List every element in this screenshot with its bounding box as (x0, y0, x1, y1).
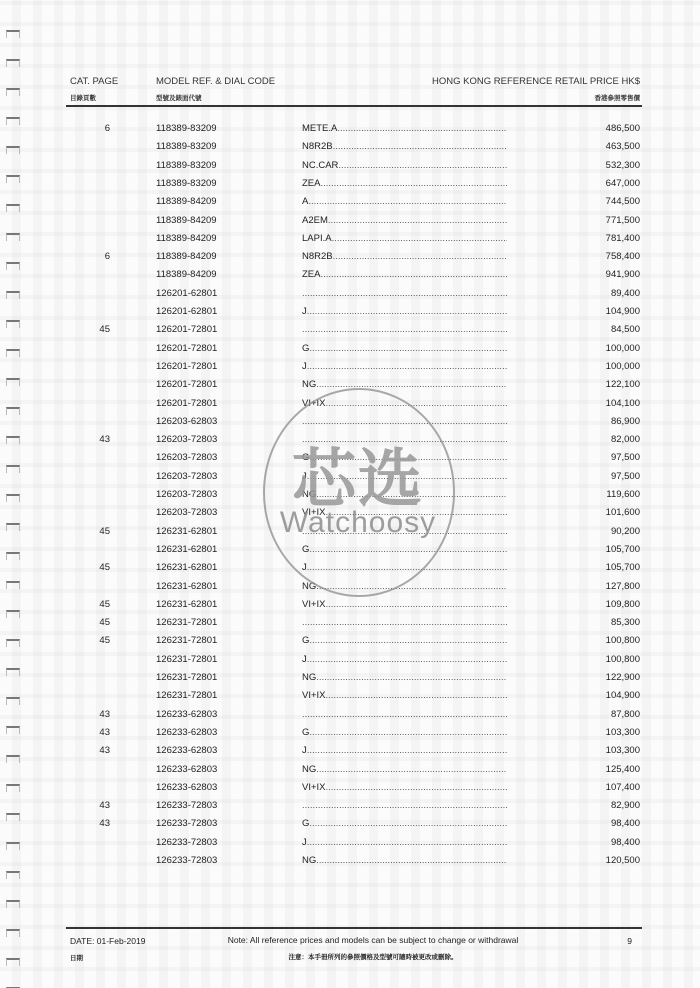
table-row: 118389-84209ZEA.........................… (0, 269, 700, 287)
model-ref-cell: 118389-83209 (156, 141, 217, 152)
model-ref-cell: 126203-72803 (156, 507, 217, 518)
price-cell: 463,500 (560, 141, 640, 152)
table-row: 6118389-84209N8R2B......................… (0, 251, 700, 269)
table-row: 45126231-72801G.........................… (0, 635, 700, 653)
table-row: 45126201-72801..........................… (0, 324, 700, 342)
price-cell: 122,100 (560, 379, 640, 390)
dial-code-cell: ........................................… (302, 526, 507, 537)
cat-page-cell: 43 (70, 727, 110, 738)
table-row: 126203-72803VI+IX.......................… (0, 507, 700, 525)
table-row: 126233-62803NG..........................… (0, 764, 700, 782)
price-cell: 104,100 (560, 398, 640, 409)
dial-code-label: A2EM (302, 215, 328, 226)
price-cell: 97,500 (560, 452, 640, 463)
table-row: 43126203-72803..........................… (0, 434, 700, 452)
leader-dots: ........................................… (328, 215, 507, 226)
dial-code-cell: J.......................................… (302, 654, 507, 665)
dial-code-cell: J.......................................… (302, 837, 507, 848)
leader-dots: ........................................… (316, 379, 507, 390)
table-row: 126233-72803NG..........................… (0, 855, 700, 873)
leader-dots: ........................................… (320, 178, 507, 189)
dial-code-cell: J.......................................… (302, 562, 507, 573)
dial-code-cell: NG......................................… (302, 489, 507, 500)
model-ref-cell: 118389-84209 (156, 215, 217, 226)
price-cell: 941,900 (560, 269, 640, 280)
dial-code-label: NG (302, 855, 316, 866)
leader-dots: ........................................… (316, 672, 507, 683)
binder-mark (6, 88, 20, 96)
leader-dots: ........................................… (302, 617, 507, 628)
table-row: 126233-62803VI+IX.......................… (0, 782, 700, 800)
price-cell: 103,300 (560, 727, 640, 738)
price-cell: 781,400 (560, 233, 640, 244)
model-ref-cell: 126231-62801 (156, 544, 217, 555)
model-ref-cell: 126231-62801 (156, 526, 217, 537)
price-cell: 105,700 (560, 562, 640, 573)
dial-code-label: VI+IX (302, 398, 326, 409)
leader-dots: ........................................… (307, 361, 507, 372)
table-row: 45126231-72801..........................… (0, 617, 700, 635)
binder-mark (6, 929, 20, 937)
model-ref-cell: 118389-83209 (156, 178, 217, 189)
dial-code-label: VI+IX (302, 599, 326, 610)
dial-code-label: NG (302, 489, 316, 500)
price-header-cn: 香港參照零售價 (595, 93, 641, 102)
price-cell: 109,800 (560, 599, 640, 610)
binder-mark (6, 900, 20, 908)
model-ref-cell: 126231-72801 (156, 617, 217, 628)
cat-page-cell: 45 (70, 526, 110, 537)
price-cell: 98,400 (560, 837, 640, 848)
dial-code-cell: METE.A..................................… (302, 123, 507, 134)
dial-code-cell: ........................................… (302, 434, 507, 445)
table-row: 43126233-62803G.........................… (0, 727, 700, 745)
leader-dots: ........................................… (320, 269, 507, 280)
dial-code-cell: G.......................................… (302, 818, 507, 829)
model-ref-cell: 118389-83209 (156, 160, 217, 171)
model-ref-cell: 126233-72803 (156, 837, 217, 848)
leader-dots: ........................................… (309, 727, 507, 738)
price-cell: 104,900 (560, 306, 640, 317)
table-row: 126201-62801............................… (0, 288, 700, 306)
model-ref-cell: 126203-72803 (156, 471, 217, 482)
binder-mark (6, 59, 20, 67)
price-cell: 84,500 (560, 324, 640, 335)
table-row: 126203-72803NG..........................… (0, 489, 700, 507)
price-cell: 758,400 (560, 251, 640, 262)
cat-page-cell: 6 (70, 123, 110, 134)
dial-code-label: LAPI.A (302, 233, 332, 244)
dial-code-cell: ........................................… (302, 709, 507, 720)
table-row: 126231-62801G...........................… (0, 544, 700, 562)
leader-dots: ........................................… (307, 654, 507, 665)
model-ref-cell: 126201-62801 (156, 288, 217, 299)
dial-code-cell: J.......................................… (302, 361, 507, 372)
leader-dots: ........................................… (309, 818, 507, 829)
dial-code-cell: ........................................… (302, 800, 507, 811)
dial-code-cell: N8R2B...................................… (302, 141, 507, 152)
price-cell: 104,900 (560, 690, 640, 701)
leader-dots: ........................................… (302, 416, 507, 427)
dial-code-cell: ZEA.....................................… (302, 178, 507, 189)
table-row: 43126233-72803G.........................… (0, 818, 700, 836)
table-row: 118389-84209A2EM........................… (0, 215, 700, 233)
leader-dots: ........................................… (338, 160, 507, 171)
table-row: 126201-62801J...........................… (0, 306, 700, 324)
model-ref-cell: 126233-62803 (156, 709, 217, 720)
dial-code-cell: G.......................................… (302, 544, 507, 555)
dial-code-cell: VI+IX...................................… (302, 398, 507, 409)
model-ref-cell: 126231-62801 (156, 581, 217, 592)
leader-dots: ........................................… (316, 581, 507, 592)
leader-dots: ........................................… (309, 544, 507, 555)
table-row: 118389-84209LAPI.A......................… (0, 233, 700, 251)
model-ref-cell: 118389-84209 (156, 269, 217, 280)
model-ref-cell: 126233-62803 (156, 727, 217, 738)
dial-code-cell: ........................................… (302, 617, 507, 628)
model-ref-cell: 126203-62803 (156, 416, 217, 427)
price-cell: 82,900 (560, 800, 640, 811)
model-ref-cell: 126233-72803 (156, 855, 217, 866)
dial-code-cell: N8R2B...................................… (302, 251, 507, 262)
table-row: 118389-83209N8R2B.......................… (0, 141, 700, 159)
price-cell: 105,700 (560, 544, 640, 555)
model-ref-cell: 126231-72801 (156, 672, 217, 683)
table-row: 45126231-62801..........................… (0, 526, 700, 544)
table-row: 126231-72801VI+IX.......................… (0, 690, 700, 708)
price-cell: 119,600 (560, 489, 640, 500)
table-row: 126201-72801G...........................… (0, 343, 700, 361)
model-ref-cell: 118389-84209 (156, 251, 217, 262)
leader-dots: ........................................… (309, 343, 507, 354)
price-cell: 98,400 (560, 818, 640, 829)
table-row: 43126233-62803..........................… (0, 709, 700, 727)
leader-dots: ........................................… (326, 599, 508, 610)
price-cell: 100,800 (560, 635, 640, 646)
table-row: 126203-72803G...........................… (0, 452, 700, 470)
model-ref-cell: 126201-72801 (156, 361, 217, 372)
dial-code-cell: A.......................................… (302, 196, 507, 207)
table-row: 126201-72801NG..........................… (0, 379, 700, 397)
cat-page-cell: 45 (70, 599, 110, 610)
model-ref-cell: 126231-72801 (156, 690, 217, 701)
model-ref-cell: 126233-62803 (156, 745, 217, 756)
binder-mark (6, 958, 20, 966)
table-row: 118389-83209NC.CAR......................… (0, 160, 700, 178)
dial-code-label: ZEA (302, 178, 320, 189)
price-cell: 744,500 (560, 196, 640, 207)
footer-note: Note: All reference prices and models ca… (218, 935, 528, 945)
dial-code-cell: NG......................................… (302, 672, 507, 683)
header-rule (66, 105, 642, 107)
model-ref-cell: 126231-72801 (156, 654, 217, 665)
price-cell: 486,500 (560, 123, 640, 134)
leader-dots: ........................................… (307, 471, 507, 482)
dial-code-cell: J.......................................… (302, 306, 507, 317)
dial-code-cell: J.......................................… (302, 471, 507, 482)
dial-code-label: NC.CAR (302, 160, 338, 171)
table-row: 126201-72801J...........................… (0, 361, 700, 379)
price-cell: 89,400 (560, 288, 640, 299)
table-row: 126203-62803............................… (0, 416, 700, 434)
table-row: 118389-83209ZEA.........................… (0, 178, 700, 196)
leader-dots: ........................................… (326, 507, 508, 518)
model-ref-header-cn: 型號及錶面代號 (156, 93, 202, 102)
model-ref-cell: 126231-72801 (156, 635, 217, 646)
cat-page-cell: 45 (70, 617, 110, 628)
model-ref-cell: 126203-72803 (156, 452, 217, 463)
leader-dots: ........................................… (302, 288, 507, 299)
footer-rule (66, 927, 642, 929)
leader-dots: ........................................… (309, 452, 507, 463)
table-row: 45126231-62801J.........................… (0, 562, 700, 580)
dial-code-label: NG (302, 379, 316, 390)
dial-code-cell: VI+IX...................................… (302, 507, 507, 518)
leader-dots: ........................................… (308, 196, 507, 207)
model-ref-cell: 126231-62801 (156, 562, 217, 573)
leader-dots: ........................................… (307, 306, 507, 317)
price-cell: 100,000 (560, 343, 640, 354)
dial-code-cell: VI+IX...................................… (302, 599, 507, 610)
price-cell: 101,600 (560, 507, 640, 518)
model-ref-cell: 118389-83209 (156, 123, 217, 134)
model-ref-cell: 126203-72803 (156, 434, 217, 445)
dial-code-cell: NG......................................… (302, 764, 507, 775)
dial-code-label: ZEA (302, 269, 320, 280)
price-cell: 82,000 (560, 434, 640, 445)
leader-dots: ........................................… (333, 141, 507, 152)
model-ref-cell: 126231-62801 (156, 599, 217, 610)
leader-dots: ........................................… (309, 635, 507, 646)
dial-code-cell: ........................................… (302, 324, 507, 335)
table-row: 126231-72801J...........................… (0, 654, 700, 672)
table-row: 43126233-72803..........................… (0, 800, 700, 818)
dial-code-label: METE.A (302, 123, 337, 134)
model-ref-cell: 126201-62801 (156, 306, 217, 317)
leader-dots: ........................................… (326, 398, 508, 409)
cat-page-cell: 45 (70, 324, 110, 335)
cat-page-cell: 43 (70, 709, 110, 720)
model-ref-cell: 126201-72801 (156, 324, 217, 335)
dial-code-cell: ........................................… (302, 416, 507, 427)
table-row: 118389-84209A...........................… (0, 196, 700, 214)
leader-dots: ........................................… (316, 764, 507, 775)
dial-code-cell: G.......................................… (302, 452, 507, 463)
table-row: 126203-72803J...........................… (0, 471, 700, 489)
cat-page-cell: 43 (70, 818, 110, 829)
leader-dots: ........................................… (337, 123, 507, 134)
dial-code-label: NG (302, 581, 316, 592)
dial-code-cell: ........................................… (302, 288, 507, 299)
dial-code-label: VI+IX (302, 690, 326, 701)
model-ref-cell: 126201-72801 (156, 379, 217, 390)
price-cell: 85,300 (560, 617, 640, 628)
cat-page-cell: 43 (70, 434, 110, 445)
leader-dots: ........................................… (307, 837, 507, 848)
price-cell: 100,800 (560, 654, 640, 665)
table-row: 126231-72801NG..........................… (0, 672, 700, 690)
model-ref-header: MODEL REF. & DIAL CODE (156, 76, 275, 87)
price-header: HONG KONG REFERENCE RETAIL PRICE HK$ (432, 76, 640, 87)
leader-dots: ........................................… (326, 782, 508, 793)
price-cell: 86,900 (560, 416, 640, 427)
model-ref-cell: 126201-72801 (156, 398, 217, 409)
price-cell: 90,200 (560, 526, 640, 537)
dial-code-label: N8R2B (302, 251, 333, 262)
model-ref-cell: 126201-72801 (156, 343, 217, 354)
model-ref-cell: 118389-84209 (156, 196, 217, 207)
leader-dots: ........................................… (302, 709, 507, 720)
leader-dots: ........................................… (302, 324, 507, 335)
table-row: 45126231-62801VI+IX.....................… (0, 599, 700, 617)
dial-code-cell: VI+IX...................................… (302, 782, 507, 793)
table-row: 126233-72803J...........................… (0, 837, 700, 855)
cat-page-cell: 43 (70, 800, 110, 811)
cat-page-header-cn: 目錄頁數 (70, 93, 96, 102)
cat-page-header: CAT. PAGE (70, 76, 118, 87)
table-row: 126201-72801VI+IX.......................… (0, 398, 700, 416)
dial-code-cell: A2EM....................................… (302, 215, 507, 226)
dial-code-cell: G.......................................… (302, 343, 507, 354)
price-cell: 122,900 (560, 672, 640, 683)
model-ref-cell: 126233-62803 (156, 782, 217, 793)
dial-code-label: NG (302, 672, 316, 683)
price-cell: 100,000 (560, 361, 640, 372)
table-row: 126231-62801NG..........................… (0, 581, 700, 599)
leader-dots: ........................................… (332, 233, 507, 244)
leader-dots: ........................................… (307, 562, 507, 573)
price-cell: 532,300 (560, 160, 640, 171)
price-cell: 103,300 (560, 745, 640, 756)
model-ref-cell: 126233-62803 (156, 764, 217, 775)
dial-code-cell: ZEA.....................................… (302, 269, 507, 280)
footer-date: DATE: 01-Feb-2019 (70, 936, 145, 946)
dial-code-label: VI+IX (302, 782, 326, 793)
dial-code-cell: LAPI.A..................................… (302, 233, 507, 244)
price-cell: 97,500 (560, 471, 640, 482)
leader-dots: ........................................… (307, 745, 507, 756)
dial-code-cell: NC.CAR..................................… (302, 160, 507, 171)
leader-dots: ........................................… (316, 855, 507, 866)
cat-page-cell: 45 (70, 562, 110, 573)
leader-dots: ........................................… (302, 434, 507, 445)
table-row: 6118389-83209METE.A.....................… (0, 123, 700, 141)
page-number: 9 (610, 936, 632, 946)
price-cell: 125,400 (560, 764, 640, 775)
cat-page-cell: 45 (70, 635, 110, 646)
table-row: 43126233-62803J.........................… (0, 745, 700, 763)
leader-dots: ........................................… (333, 251, 507, 262)
price-cell: 647,000 (560, 178, 640, 189)
dial-code-label: N8R2B (302, 141, 333, 152)
dial-code-cell: G.......................................… (302, 635, 507, 646)
model-ref-cell: 126233-72803 (156, 818, 217, 829)
model-ref-cell: 118389-84209 (156, 233, 217, 244)
price-cell: 107,400 (560, 782, 640, 793)
dial-code-label: VI+IX (302, 507, 326, 518)
leader-dots: ........................................… (302, 526, 507, 537)
footer-note-cn: 注意：本手冊所列的參照價格及型號可隨時被更改或刪除。 (218, 952, 528, 961)
leader-dots: ........................................… (302, 800, 507, 811)
model-ref-cell: 126203-72803 (156, 489, 217, 500)
dial-code-cell: J.......................................… (302, 745, 507, 756)
model-ref-cell: 126233-72803 (156, 800, 217, 811)
price-cell: 87,800 (560, 709, 640, 720)
dial-code-cell: NG......................................… (302, 855, 507, 866)
cat-page-cell: 6 (70, 251, 110, 262)
dial-code-cell: VI+IX...................................… (302, 690, 507, 701)
price-cell: 127,800 (560, 581, 640, 592)
dial-code-cell: NG......................................… (302, 581, 507, 592)
footer-date-cn: 日期 (70, 953, 83, 962)
price-cell: 120,500 (560, 855, 640, 866)
dial-code-cell: G.......................................… (302, 727, 507, 738)
price-cell: 771,500 (560, 215, 640, 226)
dial-code-cell: NG......................................… (302, 379, 507, 390)
dial-code-label: NG (302, 764, 316, 775)
leader-dots: ........................................… (326, 690, 508, 701)
cat-page-cell: 43 (70, 745, 110, 756)
leader-dots: ........................................… (316, 489, 507, 500)
binder-mark (6, 30, 20, 38)
